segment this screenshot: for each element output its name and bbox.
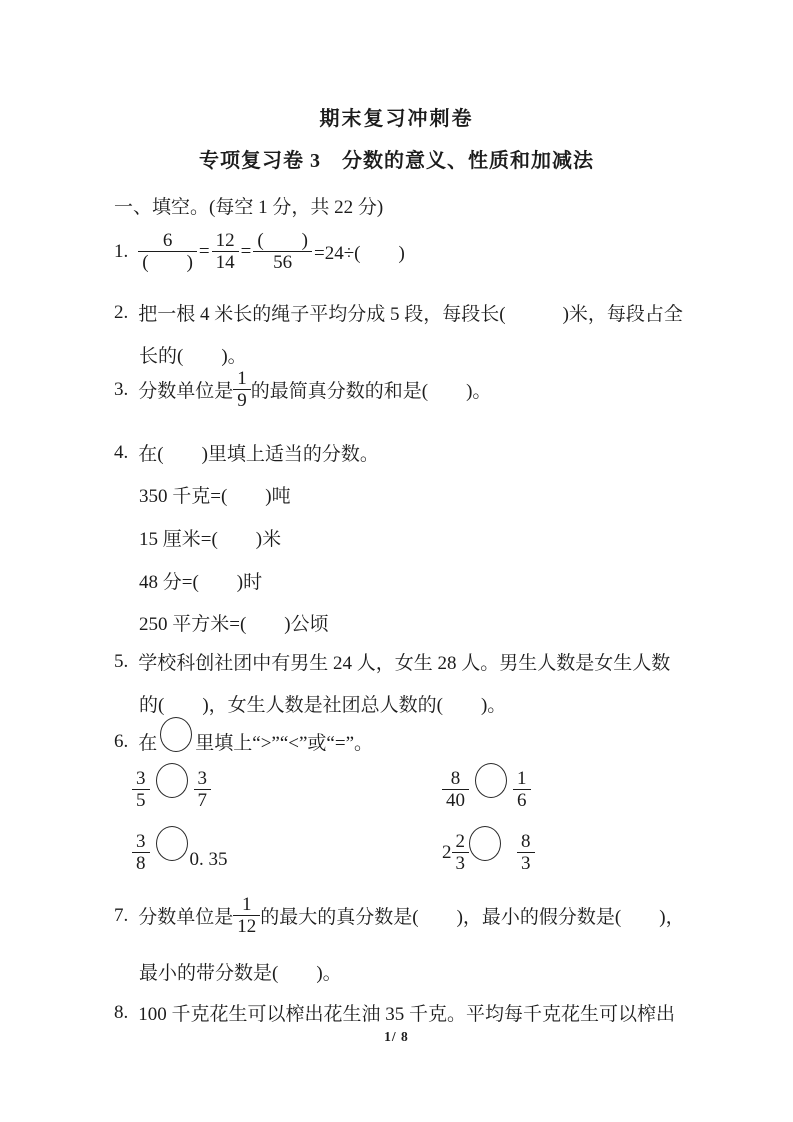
question-2-line-1: 2. 把一根 4 米长的绳子平均分成 5 段，每段长( )米，每段占全 (114, 299, 683, 326)
fraction-blank-denominator: 6 ( ) (138, 230, 197, 274)
conversion-item-kg-ton: 350 千克=( )吨 (139, 481, 291, 508)
question-6-intro-after: 里填上“>”“<”或“=”。 (195, 728, 373, 755)
question-5-line-2: 的( )，女生人数是社团总人数的( )。 (139, 690, 506, 717)
fraction-denominator: 8 (132, 853, 150, 874)
question-3-text-after: 的最简真分数的和是( )。 (251, 376, 492, 403)
fraction-denominator: 12 (233, 916, 260, 937)
section-heading: 一、填空。(每空 1 分，共 22 分) (114, 192, 383, 219)
comparison-pair-8-40-vs-1-6: 8 40 1 6 (442, 768, 531, 812)
question-2-line-2: 长的( )。 (139, 341, 247, 368)
page-subtitle: 专项复习卷 3 分数的意义、性质和加减法 (0, 144, 793, 173)
fraction-numerator: ( ) (253, 230, 312, 252)
mixed-number: 2 2 3 (442, 831, 469, 875)
fraction-1-12: 1 12 (233, 894, 260, 938)
fraction-numerator: 3 (132, 768, 150, 790)
division-expression: =24÷( ) (314, 238, 405, 265)
equals-sign: = (241, 241, 252, 263)
question-5-line-1: 5. 学校科创社团中有男生 24 人，女生 28 人。男生人数是女生人数 (114, 648, 670, 675)
question-4-number: 4. (114, 442, 128, 464)
question-3: 3. 分数单位是 1 9 的最简真分数的和是( )。 (114, 368, 491, 412)
page-number-indicator: 1/ 8 (0, 1029, 793, 1045)
fraction-numerator: 1 (233, 368, 251, 390)
fraction-denominator: 9 (233, 390, 251, 411)
question-4-intro: 4. 在( )里填上适当的分数。 (114, 439, 379, 466)
fraction-blank-numerator: ( ) 56 (253, 230, 312, 274)
question-2-number: 2. (114, 302, 128, 324)
conversion-item-sqm-hectare: 250 平方米=( )公顷 (139, 609, 329, 636)
comparison-pair-3-5-vs-3-7: 3 5 3 7 (132, 768, 211, 812)
fraction-numerator: 1 (233, 894, 260, 916)
question-2-text: 把一根 4 米长的绳子平均分成 5 段，每段长( )米，每段占全 (138, 299, 683, 326)
question-7-text-after: 的最大的真分数是( )，最小的假分数是( )， (260, 902, 684, 929)
fraction-numerator: 8 (442, 768, 469, 790)
comparison-circle (160, 717, 192, 752)
conversion-item-cm-m: 15 厘米=( )米 (139, 524, 281, 551)
fraction-12-14: 12 14 (212, 230, 239, 274)
fraction-denominator: 14 (212, 252, 239, 273)
question-6-intro-before: 在 (138, 728, 157, 755)
fraction-numerator: 3 (194, 768, 212, 790)
equals-sign: = (199, 241, 210, 263)
fraction-denominator: 56 (253, 252, 312, 273)
question-6-number: 6. (114, 731, 128, 753)
worksheet-page: 期末复习冲刺卷 专项复习卷 3 分数的意义、性质和加减法 一、填空。(每空 1 … (0, 0, 793, 1122)
fraction-numerator: 12 (212, 230, 239, 252)
fraction-numerator: 8 (517, 831, 535, 853)
fraction-numerator: 1 (513, 768, 531, 790)
question-7-line-1: 7. 分数单位是 1 12 的最大的真分数是( )，最小的假分数是( )， (114, 894, 685, 938)
fraction-denominator: 40 (442, 790, 469, 811)
fraction-denominator: ( ) (138, 252, 197, 273)
fraction-denominator: 5 (132, 790, 150, 811)
comparison-circle (156, 763, 188, 798)
comparison-pair-2-2-3-vs-8-3: 2 2 3 8 3 (442, 831, 535, 875)
question-6-intro: 6. 在 里填上“>”“<”或“=”。 (114, 724, 373, 759)
fraction-denominator: 7 (194, 790, 212, 811)
question-7-text-before: 分数单位是 (138, 902, 233, 929)
mixed-number-whole: 2 (442, 842, 452, 864)
fraction-numerator: 2 (452, 831, 470, 853)
fraction-1-9: 1 9 (233, 368, 251, 412)
comparison-circle (475, 763, 507, 798)
question-4-intro-text: 在( )里填上适当的分数。 (138, 439, 379, 466)
comparison-pair-3-8-vs-0.35: 3 8 0. 35 (132, 831, 228, 875)
fraction-numerator: 3 (132, 831, 150, 853)
page-title: 期末复习冲刺卷 (0, 102, 793, 131)
fraction-denominator: 3 (452, 853, 470, 874)
comparison-fraction-right: 1 6 (513, 768, 531, 812)
question-5-number: 5. (114, 651, 128, 673)
question-3-text-before: 分数单位是 (138, 376, 233, 403)
comparison-circle (156, 826, 188, 861)
fraction-numerator: 6 (138, 230, 197, 252)
comparison-fraction-right: 8 3 (517, 831, 535, 875)
comparison-fraction-left: 3 5 (132, 768, 150, 812)
comparison-decimal: 0. 35 (190, 849, 228, 871)
question-7-number: 7. (114, 905, 128, 927)
question-1-number: 1. (114, 241, 128, 263)
question-3-number: 3. (114, 379, 128, 401)
question-8-number: 8. (114, 1002, 128, 1024)
comparison-fraction-right: 3 7 (194, 768, 212, 812)
question-1: 1. 6 ( ) = 12 14 = ( ) 56 =24÷( ) (114, 230, 407, 274)
comparison-fraction-left: 8 40 (442, 768, 469, 812)
comparison-circle (469, 826, 501, 861)
mixed-number-fraction: 2 3 (452, 831, 470, 875)
question-7-line-2: 最小的带分数是( )。 (139, 958, 342, 985)
question-8-line-1: 8. 100 千克花生可以榨出花生油 35 千克。平均每千克花生可以榨出 (114, 999, 675, 1026)
fraction-denominator: 3 (517, 853, 535, 874)
conversion-item-min-hr: 48 分=( )时 (139, 567, 262, 594)
fraction-denominator: 6 (513, 790, 531, 811)
comparison-fraction-left: 3 8 (132, 831, 150, 875)
question-5-text: 学校科创社团中有男生 24 人，女生 28 人。男生人数是女生人数 (138, 648, 670, 675)
question-8-text: 100 千克花生可以榨出花生油 35 千克。平均每千克花生可以榨出 (138, 999, 675, 1026)
